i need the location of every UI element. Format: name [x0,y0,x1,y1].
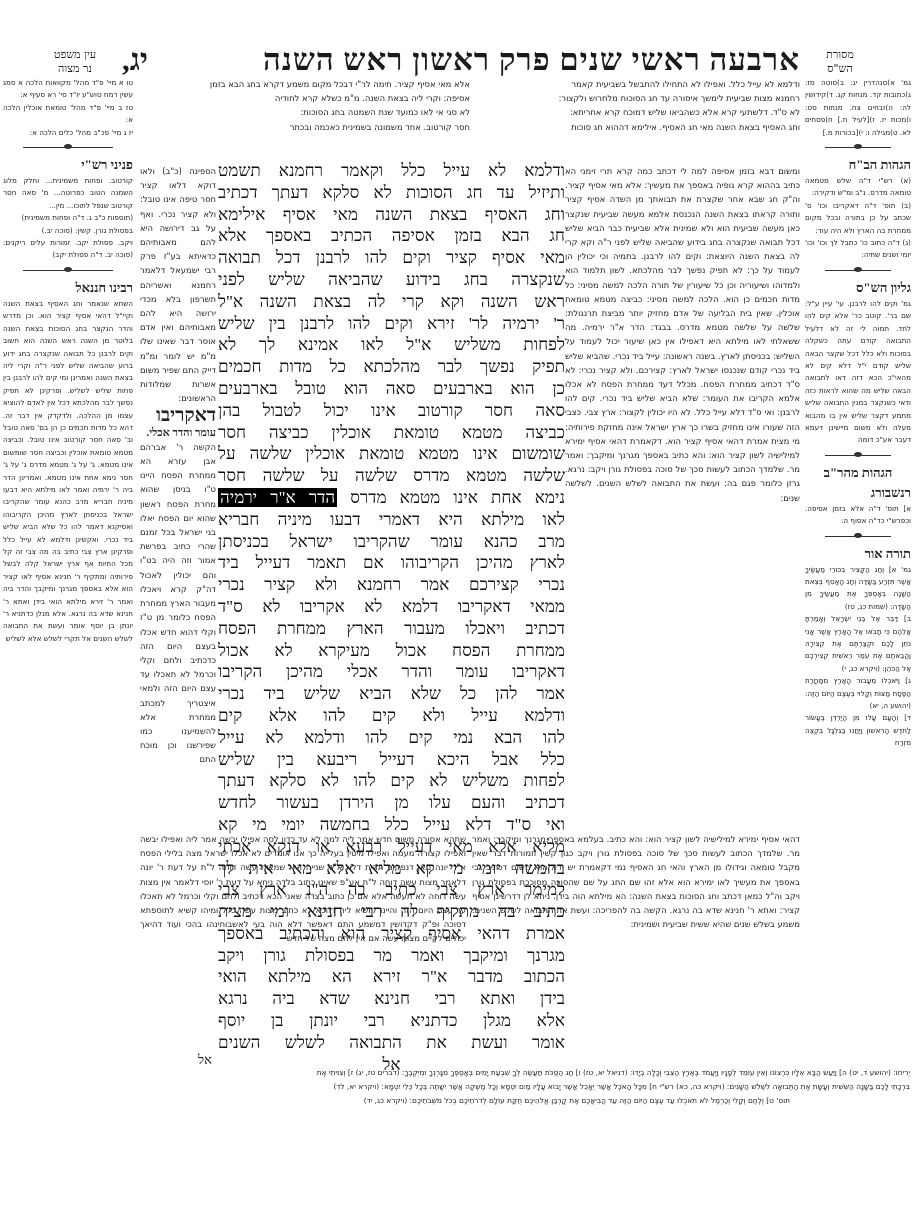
gilyon-hashas-text: גמ' וקים להו לרבנן. עי' עיין ע"ל: שם בר'… [805,298,911,447]
gemara-line: מרב כהנא עומר שהקריבו ישראל בכניסתן [218,531,565,553]
ornament-divider-icon [825,266,891,274]
gemara-line: חג הבא בזמן אסיפה הכתיב באספך אלא [218,225,565,247]
rashi-commentary-bottom: דהאי אסיף ימירא למילישיה לשון קציר הוא: … [472,832,800,1052]
gemara-line: ר' ירמיה לר' זירא וקים להו לרבנן בין שלי… [218,313,565,335]
rashi-bottom-text: דהאי אסיף ימירא למילישיה לשון קציר הוא: … [472,832,800,931]
rashi-line: רחמנא מצות שביעית לימשך איסורה עד חג הסו… [470,91,800,105]
ein-mishpat-entry: טו א מיי' פ"ד מהל' מקוואות הלכה א סמג עש… [3,77,133,102]
tosafot-commentary-column: הספינה (כ"ב) ולאו דוקא דלאו קציר חסר טיפ… [140,164,216,832]
gemara-line: כביצה מטמא טומאת אוכלין כביצה חסר [218,422,565,444]
gemara-line: לפחות משליש לא קים להו לא סלקא דעתך [218,770,565,792]
gemara-line: שומשום אינו מטמא טומאת אוכלין שלשה על [218,443,565,465]
right-margin-column: גמ' א)סנהדרין יג: ב)סוטה מז: ג)כתובות קד… [805,77,911,1067]
footnote-line: תוס' ט] וְלֶחֶם וְקָלִי וְכַרְמֶל לֹא תֹ… [150,1094,910,1108]
gemara-line: לאו מילתא היא דאמרי דבעו מיניה חבריא [218,509,565,531]
ornament-divider-icon [825,143,891,151]
ornament-divider-icon [23,266,113,274]
ein-mishpat-line2: נר מצוה [35,62,115,76]
rabbeinu-chananel-text: השתא שנאמר וחג האסיף בצאת השנה וקיי"ל דה… [3,298,133,645]
rashi-line: ודלמא לא עייל כלל. ואפילו לא התחילו להתב… [470,77,800,91]
gemara-line: ראש השנה וקא קרי לה בצאת השנה א"ל [218,291,565,313]
torah-or-entry: ד] וְהָעָם עָלוּ מִן הַיַּרְדֵּן בֶּעָשׂ… [805,712,911,749]
torah-or-entry: גמ' א] וְחַג הַקָּצִיר בִּכּוּרֵי מַעֲשֶ… [805,564,911,614]
page-title: ארבעה ראשי שנים פרק ראשון ראש השנה [270,42,800,78]
rashi-commentary-column: ומשום דבא בזמן אסיפה למה לי דכתב כמה קרא… [565,164,800,832]
tosafot-line: חסר קורטוב. אחד משמונה בשמינית כאכמה ובכ… [140,120,470,134]
tosafot-line: לא סגי אי לאו כמועד שנת השמטה בחג הסוכות… [140,105,470,119]
pninei-rashi-entry: (תוספות כ"ב ג. ד"ה ופחות משמינית) [3,212,133,224]
pninei-rashi-entry: ויקב. פסולת יקב. זמורות עלים ריקנים: (סו… [3,237,133,262]
gemara-line: לארץ מהיכן הקריבוהו אם תאמר דעייל ביד [218,552,565,574]
pninei-rashi-title: פניני רש"י [3,155,133,175]
gemara-line: ממאי דאקריבו דלמא לא אקריבו לא ס"ד [218,596,565,618]
pninei-rashi-entry: קורטוב. ופחות משמינית... וחלק מלוג השמנה… [3,175,133,212]
rashi-commentary-top: ודלמא לא עייל כלל. ואפילו לא התחילו להתב… [470,77,800,134]
footnote-line: בִּרְכָתִי לָכֶם בַּשָּׁנָה הַשִּׁשִּׁית… [150,1080,910,1094]
gemara-line: שלשה מטמא מדרס שלשה על שלשה חסר [218,465,565,487]
tosafot-text-2: הקשה ר' אברהם אבן עזרא הא ממחרת הפסח היי… [140,440,216,767]
torah-or-title: תורה אור [805,544,911,564]
gemara-line: מאי אסיף קציר וקים להו לרבנן דכל תבואה [218,247,565,269]
gemara-line: לפחות משליש א"ל לאו אמינא לך לא [218,334,565,356]
hagahot-entry: (ב) תוס' ד"ה דאקריבו וכו' ס' שכתב על כן … [805,200,911,237]
tosafot-bottom-text: שתהא אסורה משום חדש אמר ליה למה לא עד כד… [140,832,466,946]
ornament-divider-icon [825,532,891,540]
hagahot-maharav-title: הגהות מהר"ב רנשבורג [805,463,911,503]
gilyon-hashas-title: גליון הש"ס [805,278,911,298]
rashi-line: וחג האסיף בצאת השנה מאי חג האסיף. אילימא… [470,120,800,134]
hagahot-maharav-text: א] תוס' ד"ה אלא בזמן אסיפה. וכפרש"י כד"ה… [805,503,911,528]
left-margin-column: טו א מיי' פ"ד מהל' מקוואות הלכה א סמג עש… [3,77,133,1067]
tosafot-commentary-bottom: שתהא אסורה משום חדש אמר ליה למה לא עד כד… [140,832,466,1052]
torah-or-entry: ב] דַּבֵּר אֶל בְּנֵי יִשְׂרָאֵל וְאָמַר… [805,613,911,675]
gemara-line: ודלמא לא עייל כלל וקאמר רחמנא תשמט [218,160,565,182]
tosafot-dibur-rest: עומר והדר אכלי. [146,427,216,439]
tosafot-line: אסיפה: וקרי ליה בצאת השנה. מ"מ כשלא קרא … [140,91,470,105]
ornament-divider-icon [23,143,113,151]
rabbeinu-chananel-title: רבינו חננאל [3,278,133,298]
hagahot-entry: (ג) ד"ה כתוב כו' כתבל לך וכו' וכו' יומי … [805,237,911,262]
gemara-line: ותיזיל עד חג הסוכות לא סלקא דעתך דכתיב [218,182,565,204]
gemara-line: וחג האסיף בצאת השנה מאי אסיף אילימא [218,204,565,226]
ein-mishpat-line1: עין משפט [35,48,115,62]
footnotes-verses: יְרִיחוֹ: (יהושע ד, יט) ה] וַיַּעַשׂ הַב… [150,1066,910,1108]
gemara-line: כן הוא בארבעים סאה הוא טובל בארבעים [218,378,565,400]
ein-mishpat-label: עין משפט נר מצוה [35,48,115,76]
gemara-line: דאקריבו עומר והדר אכלי מהיכן הקריבו [218,661,565,683]
masoret-hashas-label: מסורת הש"ס [800,48,880,76]
masoret-label-line1: מסורת [800,48,880,62]
mesoret-hashas-text: גמ' א)סנהדרין יג: ב)סוטה מז: ג)כתובות קד… [805,77,911,139]
tosafot-text: הספינה (כ"ב) ולאו דוקא דלאו קציר חסר טיפ… [140,164,216,405]
rashi-text: ומשום דבא בזמן אסיפה למה לי דכתב כמה קרא… [565,164,800,505]
footnote-line: יְרִיחוֹ: (יהושע ד, יט) ה] וַיַּעַשׂ הַב… [150,1066,910,1080]
gemara-line: דכתיב ויאכלו מעבור הארץ ממחרת הפסח [218,618,565,640]
gemara-line: ודלמא עייל ולא קים להו אלא קים [218,705,565,727]
highlighted-phrase[interactable]: הדר א"ר ירמיה [218,488,337,507]
hagahot-entry: (א) רש"י ד"ה שלש מטמאה טומאה מדרס. נ"ב ו… [805,175,911,200]
gemara-line: להו הבא נמי קים להו ודלמא לא עייל [218,727,565,749]
hagahot-habach-title: הגהות הב"ח [805,155,911,175]
tosafot-line: אלא מאי אסיף קציר. תימה לר"י דבכל מקום מ… [140,77,470,91]
ein-mishpat-entry: טז ב מיי' פ"ד מהל' טומאת אוכלין הלכה א: [3,102,133,127]
gemara-line: סאה חסר קורטוב אינו יכול לטבול בהן [218,400,565,422]
pninei-rashi-entry: בפסולת גורן. קשין: (סוכה יב.) [3,225,133,237]
gemara-line: כלל אבל היכא דעייל ריבעא בין שליש [218,749,565,771]
torah-or-entry: ג] וַיֹּאכְלוּ מֵעֲבוּר הָאָרֶץ מִמָּחֳר… [805,675,911,712]
rashi-line: לא ס"ד. דלשתעי קרא אלא כשהביאו שליש דמוכ… [470,105,800,119]
gemara-line: נכרי קצירכם אמר רחמנא ולא קציר נכרי [218,574,565,596]
masoret-label-line2: הש"ס [800,62,880,76]
gemara-line: שנקצרה בחג בידוע שהביאה שליש לפני [218,269,565,291]
gemara-line: תפיק נפשך לבר מהלכתא כל מדות חכמים [218,356,565,378]
ein-mishpat-entry: יז ג מיי' פכ"ב מהל' כלים הלכה א: [3,127,133,139]
tosafot-dibur-hamatchil: דאקריבו [156,405,216,426]
gemara-line-highlighted: נימא אחת אינו מטמא מדרס הדר א"ר ירמיה [218,487,565,509]
tosafot-commentary-top: אלא מאי אסיף קציר. תימה לר"י דבכל מקום מ… [140,77,470,134]
gemara-line: ממחרת הפסח אכול מעיקרא לא אכול [218,640,565,662]
gemara-line: דכתיב והעם עלו מן הירדן בעשור לחדש [218,792,565,814]
ornament-divider-icon [825,451,891,459]
gemara-line-pre: נימא אחת אינו מטמא מדרס [350,488,565,507]
gemara-line: אמר להן כל שלא הביא שליש ביד נכרי [218,683,565,705]
